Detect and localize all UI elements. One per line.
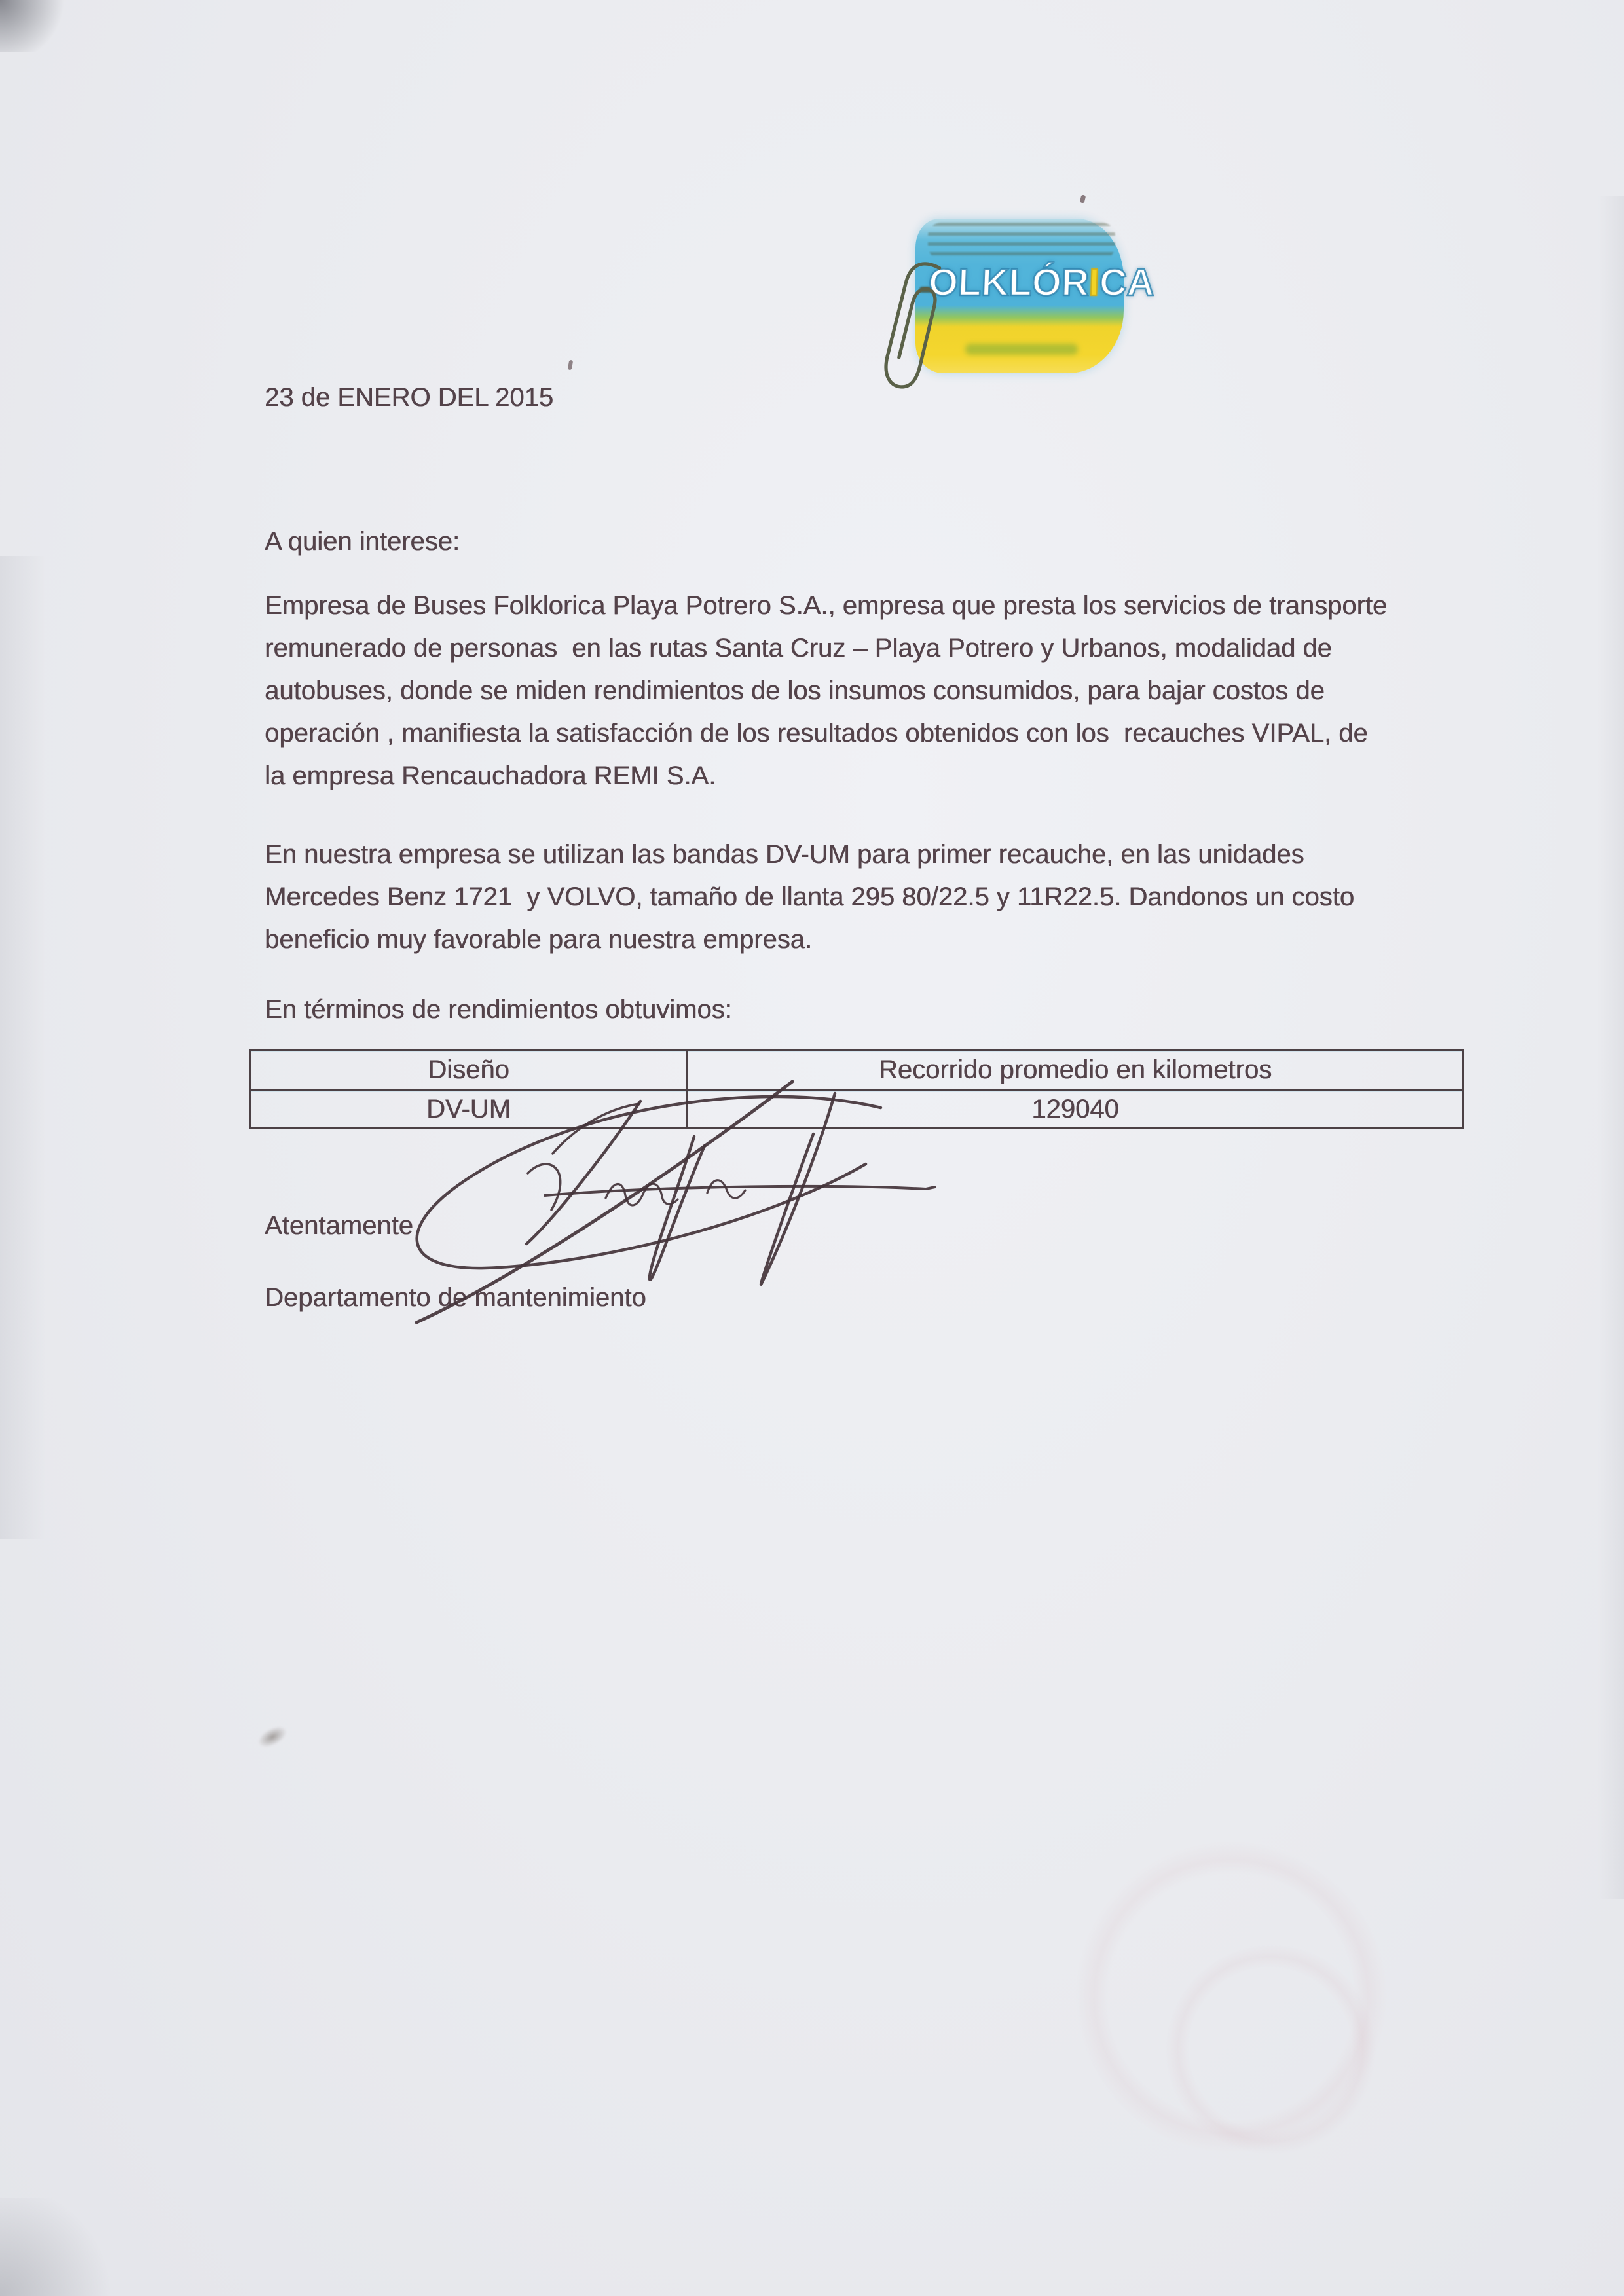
logo-tagline-blur <box>965 344 1078 355</box>
table-intro-line: En términos de rendimientos obtuvimos: <box>265 989 732 1031</box>
paperclip-icon <box>860 249 961 399</box>
text-line: Empresa de Buses Folklorica Playa Potrer… <box>265 585 1463 627</box>
paper-crease-right <box>1598 196 1624 1899</box>
text-line: En nuestra empresa se utilizan las banda… <box>265 833 1463 876</box>
text-line: la empresa Rencauchadora REMI S.A. <box>265 755 1463 797</box>
text-line: operación , manifiesta la satisfacción d… <box>265 712 1463 755</box>
paper-stain <box>1153 1938 1388 2160</box>
text-line: beneficio muy favorable para nuestra emp… <box>265 919 1463 961</box>
paragraph-2: En nuestra empresa se utilizan las banda… <box>265 833 1463 961</box>
signature <box>354 1074 995 1336</box>
text-line: autobuses, donde se miden rendimientos d… <box>265 670 1463 712</box>
paper-crease-left <box>0 556 46 1539</box>
logo-top-texture <box>928 223 1115 259</box>
salutation: A quien interese: <box>265 520 460 563</box>
ink-smudge <box>255 1722 291 1751</box>
paragraph-1: Empresa de Buses Folklorica Playa Potrer… <box>265 585 1463 797</box>
text-line: remunerado de personas en las rutas Sant… <box>265 627 1463 670</box>
text-line: Mercedes Benz 1721 y VOLVO, tamaño de ll… <box>265 876 1463 919</box>
scan-shadow-bottom-left <box>0 2198 124 2296</box>
scanned-letter-page: OLKLÓRICA 23 de ENERO DEL 2015 A quien i… <box>0 0 1624 2296</box>
scan-shadow-top-left <box>0 0 72 52</box>
date-line: 23 de ENERO DEL 2015 <box>265 376 553 419</box>
folklorica-logo: OLKLÓRICA <box>871 210 1146 399</box>
ink-speck <box>568 360 574 371</box>
logo-text-suffix: CA <box>1099 261 1155 304</box>
ink-speck <box>1080 194 1086 203</box>
